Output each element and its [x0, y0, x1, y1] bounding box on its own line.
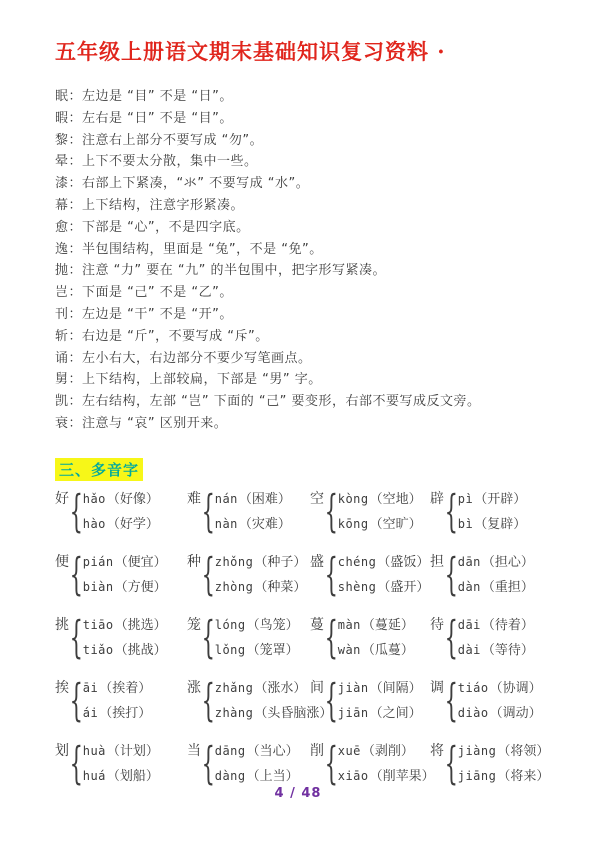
polyphone-character: 划	[55, 739, 69, 764]
note-line: 岂：下面是 “己” 不是 “乙”。	[55, 282, 576, 304]
brace-glyph: {	[445, 549, 458, 602]
note-line: 舅：上下结构，上部较扁，下部是 “男” 字。	[55, 369, 576, 391]
example-word: （挑选）	[115, 613, 167, 638]
pinyin: tiǎo	[83, 638, 114, 663]
example-word: （担心）	[482, 550, 534, 575]
example-word: （盛开）	[377, 575, 429, 600]
note-line: 晕：上下不要太分散，集中一些。	[55, 151, 576, 173]
polyphone-entry: 间 { jiàn（间隔） jiān（之间）	[310, 676, 430, 726]
polyphone-character: 调	[430, 676, 444, 701]
polyphone-entry: 挨 { āi（挨着） ái（挨打）	[55, 676, 187, 726]
example-word: （当心）	[247, 739, 299, 764]
polyphone-entry: 担 { dān（担心） dàn（重担）	[430, 550, 590, 600]
polyphone-entry: 好 { hǎo（好像） hào（好学）	[55, 487, 187, 537]
pinyin: dāi	[458, 613, 481, 638]
pinyin: dàn	[458, 575, 481, 600]
example-word: （好像）	[107, 487, 159, 512]
pinyin: nàn	[215, 512, 238, 537]
pinyin: pì	[458, 487, 473, 512]
pinyin: hǎo	[83, 487, 106, 512]
brace-glyph: {	[445, 675, 458, 728]
polyphone-table: 好 { hǎo（好像） hào（好学） 难 { nán（困难） nàn（灾难） …	[55, 487, 590, 789]
pinyin: huà	[83, 739, 106, 764]
pinyin: biàn	[83, 575, 114, 600]
example-word: （剥削）	[362, 739, 414, 764]
polyphone-character: 空	[310, 487, 324, 512]
example-word: （重担）	[482, 575, 534, 600]
example-word: （方便）	[115, 575, 167, 600]
brace-glyph: {	[202, 675, 215, 728]
example-word: （笼罩）	[247, 638, 299, 663]
polyphone-entry: 划 { huà（计划） huá（划船）	[55, 739, 187, 789]
pinyin: diào	[458, 701, 489, 726]
example-word: （待着）	[482, 613, 534, 638]
note-line: 诵：左小右大，右边部分不要少写笔画点。	[55, 348, 576, 370]
example-word: （种菜）	[254, 575, 306, 600]
brace-glyph: {	[70, 612, 83, 665]
example-word: （间隔）	[370, 676, 422, 701]
pinyin: bì	[458, 512, 473, 537]
pinyin: pián	[83, 550, 114, 575]
note-line: 暇：左右是 “日” 不是 “目”。	[55, 108, 576, 130]
brace-glyph: {	[70, 675, 83, 728]
polyphone-character: 待	[430, 613, 444, 638]
brace-glyph: {	[202, 738, 215, 791]
polyphone-character: 种	[187, 550, 201, 575]
document-page: 五年级上册语文期末基础知识复习资料 · 眠：左边是 “目” 不是 “日”。 暇：…	[0, 0, 596, 842]
character-notes-list: 眠：左边是 “目” 不是 “日”。 暇：左右是 “日” 不是 “目”。 黎：注意…	[55, 86, 576, 435]
brace-glyph: {	[70, 549, 83, 602]
pinyin: zhàng	[215, 701, 254, 726]
polyphone-entry: 调 { tiáo（协调） diào（调动）	[430, 676, 590, 726]
example-word: （种子）	[254, 550, 306, 575]
pinyin: zhǎng	[215, 676, 254, 701]
note-line: 眠：左边是 “目” 不是 “日”。	[55, 86, 576, 108]
polyphone-entry: 蔓 { màn（蔓延） wàn（瓜蔓）	[310, 613, 430, 663]
polyphone-entry: 盛 { chéng（盛饭） shèng（盛开）	[310, 550, 430, 600]
pinyin: shèng	[338, 575, 377, 600]
pinyin: chéng	[338, 550, 377, 575]
polyphone-entry: 笼 { lóng（鸟笼） lǒng（笼罩）	[187, 613, 310, 663]
polyphone-character: 涨	[187, 676, 201, 701]
example-word: （将领）	[497, 739, 549, 764]
brace-glyph: {	[202, 549, 215, 602]
example-word: （开辟）	[474, 487, 526, 512]
brace-glyph: {	[70, 738, 83, 791]
pinyin: màn	[338, 613, 361, 638]
note-line: 抛：注意 “力” 要在 “九” 的半包围中，把字形写紧凑。	[55, 260, 576, 282]
note-line: 幕：上下结构，注意字形紧凑。	[55, 195, 576, 217]
pinyin: dāng	[215, 739, 246, 764]
pinyin: jiān	[338, 701, 369, 726]
page-title: 五年级上册语文期末基础知识复习资料 ·	[55, 36, 576, 66]
example-word: （蔓延）	[362, 613, 414, 638]
polyphone-character: 好	[55, 487, 69, 512]
polyphone-character: 盛	[310, 550, 324, 575]
pinyin: āi	[83, 676, 98, 701]
polyphone-character: 蔓	[310, 613, 324, 638]
polyphone-character: 削	[310, 739, 324, 764]
brace-glyph: {	[325, 675, 338, 728]
note-line: 斩：右边是 “斤”，不要写成 “斥”。	[55, 326, 576, 348]
pinyin: dān	[458, 550, 481, 575]
example-word: （困难）	[239, 487, 291, 512]
example-word: （之间）	[370, 701, 422, 726]
example-word: （灾难）	[239, 512, 291, 537]
example-word: （鸟笼）	[247, 613, 299, 638]
brace-glyph: {	[325, 486, 338, 539]
polyphone-entry: 辟 { pì（开辟） bì（复辟）	[430, 487, 590, 537]
polyphone-character: 便	[55, 550, 69, 575]
example-word: （挨着）	[99, 676, 151, 701]
note-line: 刊：左边是 “干” 不是 “开”。	[55, 304, 576, 326]
note-line: 愈：下部是 “心”，不是四字底。	[55, 217, 576, 239]
polyphone-character: 难	[187, 487, 201, 512]
pinyin: kòng	[338, 487, 369, 512]
example-word: （挑战）	[115, 638, 167, 663]
pinyin: tiāo	[83, 613, 114, 638]
polyphone-entry: 便 { pián（便宜） biàn（方便）	[55, 550, 187, 600]
pinyin: tiáo	[458, 676, 489, 701]
polyphone-character: 笼	[187, 613, 201, 638]
pinyin: hào	[83, 512, 106, 537]
example-word: （空地）	[370, 487, 422, 512]
pinyin: jiàng	[458, 739, 497, 764]
pinyin: dài	[458, 638, 481, 663]
example-word: （调动）	[490, 701, 542, 726]
polyphone-character: 挨	[55, 676, 69, 701]
pinyin: lǒng	[215, 638, 246, 663]
pinyin: ái	[83, 701, 98, 726]
pinyin: kōng	[338, 512, 369, 537]
brace-glyph: {	[445, 612, 458, 665]
polyphone-entry: 涨 { zhǎng（涨水） zhàng（头昏脑涨）	[187, 676, 310, 726]
note-line: 漆：右部上下紧凑，“氺” 不要写成 “水”。	[55, 173, 576, 195]
polyphone-character: 将	[430, 739, 444, 764]
example-word: （空旷）	[370, 512, 422, 537]
polyphone-entry: 难 { nán（困难） nàn（灾难）	[187, 487, 310, 537]
example-word: （计划）	[107, 739, 159, 764]
polyphone-character: 辟	[430, 487, 444, 512]
brace-glyph: {	[325, 738, 338, 791]
polyphone-entry: 空 { kòng（空地） kōng（空旷）	[310, 487, 430, 537]
example-word: （盛饭）	[377, 550, 429, 575]
polyphone-entry: 待 { dāi（待着） dài（等待）	[430, 613, 590, 663]
example-word: （协调）	[490, 676, 542, 701]
brace-glyph: {	[325, 549, 338, 602]
pinyin: zhòng	[215, 575, 254, 600]
example-word: （复辟）	[474, 512, 526, 537]
pinyin: zhǒng	[215, 550, 254, 575]
polyphone-entry: 挑 { tiāo（挑选） tiǎo（挑战）	[55, 613, 187, 663]
pinyin: wàn	[338, 638, 361, 663]
brace-glyph: {	[202, 612, 215, 665]
pinyin: xuē	[338, 739, 361, 764]
brace-glyph: {	[325, 612, 338, 665]
section-heading-polyphones: 三、多音字	[55, 458, 143, 481]
brace-glyph: {	[202, 486, 215, 539]
note-line: 黎：注意右上部分不要写成 “勿”。	[55, 130, 576, 152]
example-word: （挨打）	[99, 701, 151, 726]
note-line: 凯：左右结构，左部 “岂” 下面的 “己” 要变形，右部不要写成反文旁。	[55, 391, 576, 413]
polyphone-entry: 将 { jiàng（将领） jiāng（将来）	[430, 739, 590, 789]
polyphone-entry: 当 { dāng（当心） dàng（上当）	[187, 739, 310, 789]
polyphone-entry: 削 { xuē（剥削） xiāo（削苹果）	[310, 739, 430, 789]
page-number: 4 / 48	[0, 786, 596, 801]
brace-glyph: {	[445, 738, 458, 791]
polyphone-entry: 种 { zhǒng（种子） zhòng（种菜）	[187, 550, 310, 600]
example-word: （好学）	[107, 512, 159, 537]
polyphone-character: 挑	[55, 613, 69, 638]
example-word: （瓜蔓）	[362, 638, 414, 663]
note-line: 逸：半包围结构，里面是 “兔”，不是 “免”。	[55, 239, 576, 261]
note-line: 衰：注意与 “哀” 区别开来。	[55, 413, 576, 435]
polyphone-character: 间	[310, 676, 324, 701]
example-word: （涨水）	[254, 676, 306, 701]
polyphone-character: 当	[187, 739, 201, 764]
example-word: （等待）	[482, 638, 534, 663]
pinyin: jiàn	[338, 676, 369, 701]
brace-glyph: {	[445, 486, 458, 539]
pinyin: nán	[215, 487, 238, 512]
brace-glyph: {	[70, 486, 83, 539]
polyphone-character: 担	[430, 550, 444, 575]
pinyin: lóng	[215, 613, 246, 638]
example-word: （便宜）	[115, 550, 167, 575]
